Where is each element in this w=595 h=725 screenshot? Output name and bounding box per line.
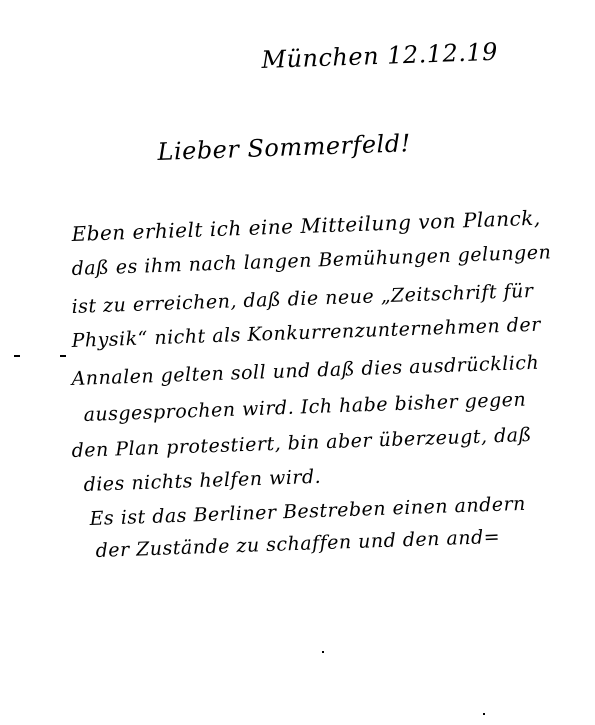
letter-line-5: Annalen gelten soll und daß dies ausdrüc…	[71, 352, 539, 390]
letter-line-6: ausgesprochen wird. Ich habe bisher gege…	[83, 389, 526, 426]
letter-line-2: daß es ihm nach langen Bemühungen gelung…	[71, 241, 551, 280]
letter-line-7: den Plan protestiert, bin aber überzeugt…	[71, 424, 532, 462]
salutation: Lieber Sommerfeld!	[157, 129, 411, 166]
letter-page: München 12.12.19 Lieber Sommerfeld! Eben…	[0, 0, 595, 725]
letter-line-9: Es ist das Berliner Bestreben einen ande…	[89, 493, 526, 530]
letter-line-1: Eben erhielt ich eine Mitteilung von Pla…	[71, 206, 541, 246]
letter-line-3: ist zu erreichen, daß die neue „Zeitschr…	[71, 280, 534, 318]
letter-line-8: dies nichts helfen wird.	[83, 466, 321, 496]
margin-mark	[60, 355, 66, 357]
letter-line-10: der Zustände zu schaffen und den and=	[95, 526, 500, 562]
letter-line-4: Physik“ nicht als Konkurrenzunternehmen …	[71, 314, 541, 352]
margin-mark	[14, 355, 20, 357]
speck	[483, 713, 485, 715]
speck	[322, 651, 324, 653]
place-date: München 12.12.19	[261, 38, 498, 74]
